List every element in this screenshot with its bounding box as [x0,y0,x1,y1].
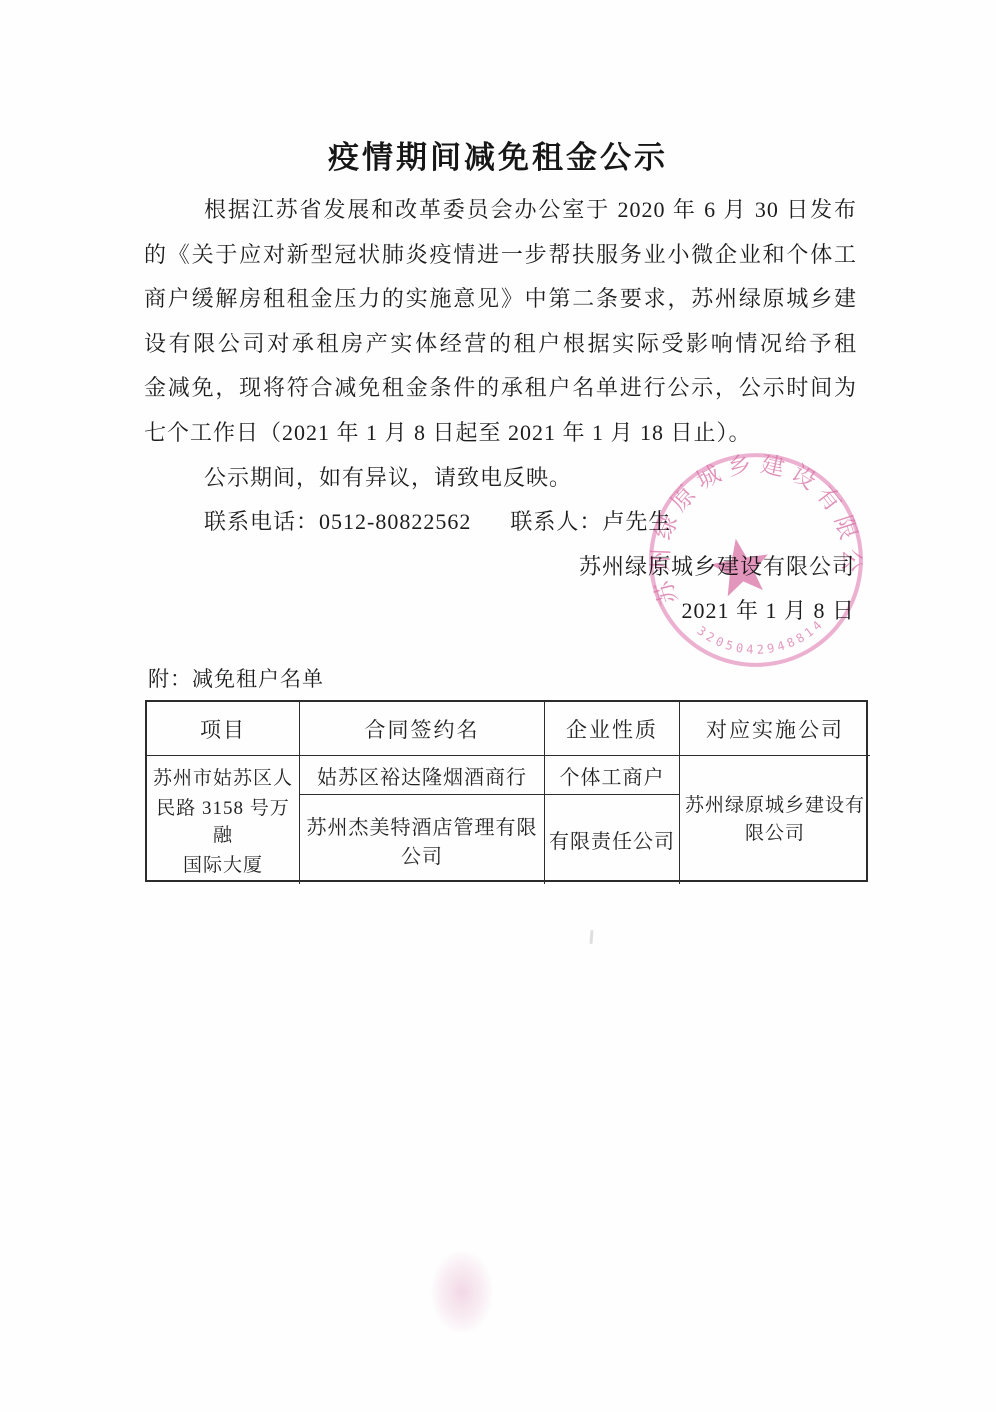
signature-company: 苏州绿原城乡建设有限公司 [144,545,857,590]
body-line: 设有限公司对承租房产实体经营的租户根据实际受影响情况给予租 [144,322,857,367]
table-header-enterprise-type: 企业性质 [545,702,680,756]
table-cell-tenant-name: 苏州杰美特酒店管理有限公司 [300,795,545,884]
table-header-project: 项目 [147,702,300,756]
rent-reduction-table: 项目 合同签约名 企业性质 对应实施公司 苏州市姑苏区人 民路 3158 号万融… [145,700,868,882]
contact-phone: 联系电话：0512-80822562 [204,500,471,545]
scan-smudge-gray [590,930,594,944]
remark-line: 公示期间，如有异议，请致电反映。 [144,456,857,501]
table-cell-tenant-type: 个体工商户 [545,756,680,795]
notice-document-page: 疫情期间减免租金公示 根据江苏省发展和改革委员会办公室于 2020 年 6 月 … [0,0,996,1412]
contact-line: 联系电话：0512-80822562 联系人：卢先生 [144,500,857,545]
table-cell-project-address: 苏州市姑苏区人 民路 3158 号万融 国际大厦 [147,756,300,884]
document-title: 疫情期间减免租金公示 [0,132,996,177]
body-line: 的《关于应对新型冠状肺炎疫情进一步帮扶服务业小微企业和个体工 [144,233,857,278]
table-cell-tenant-name: 姑苏区裕达隆烟酒商行 [300,756,545,795]
attachment-caption: 附：减免租户名单 [148,663,324,693]
table-cell-tenant-type: 有限责任公司 [545,795,680,884]
project-address-line: 民路 3158 号万融 [151,793,295,847]
body-line: 商户缓解房租租金压力的实施意见》中第二条要求，苏州绿原城乡建 [144,277,857,322]
table-cell-implementing-company: 苏州绿原城乡建设有 限公司 [680,756,870,884]
notice-body: 根据江苏省发展和改革委员会办公室于 2020 年 6 月 30 日发布 的《关于… [144,188,857,634]
scan-smudge-pink [432,1252,492,1332]
implementing-company-line: 苏州绿原城乡建设有 [685,792,865,820]
signature-date: 2021 年 1 月 8 日 [144,589,857,634]
contact-person: 联系人：卢先生 [510,500,671,545]
table-header-implementing-company: 对应实施公司 [680,702,870,756]
project-address-line: 国际大厦 [183,850,263,877]
body-line: 根据江苏省发展和改革委员会办公室于 2020 年 6 月 30 日发布 [144,188,857,233]
body-line: 七个工作日（2021 年 1 月 8 日起至 2021 年 1 月 18 日止）… [144,411,857,456]
table-header-contract-name: 合同签约名 [300,702,545,756]
project-address-line: 苏州市姑苏区人 [153,763,293,790]
implementing-company-line: 限公司 [745,820,805,848]
body-line: 金减免，现将符合减免租金条件的承租户名单进行公示，公示时间为 [144,366,857,411]
